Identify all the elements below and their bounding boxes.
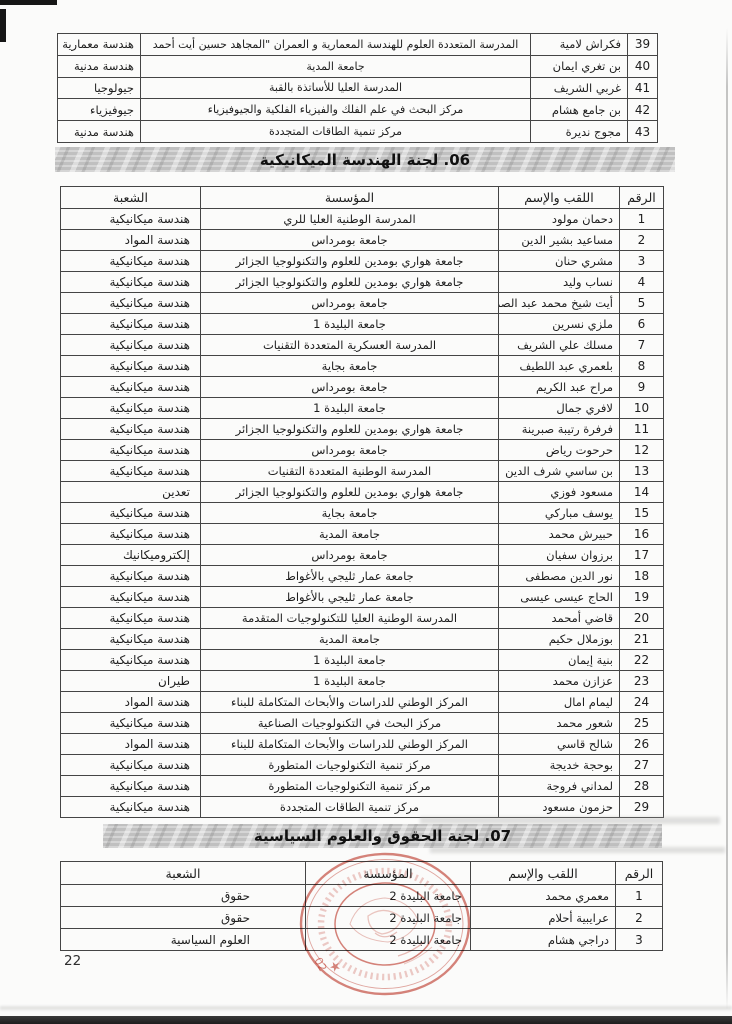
cell-name: حزمون مسعود [499, 797, 620, 818]
cell-specialty: هندسة ميكانيكية [61, 776, 201, 797]
cell-specialty: هندسة ميكانيكية [61, 755, 201, 776]
cell-specialty: حقوق [61, 885, 306, 907]
cell-institution: المدرسة العسكرية المتعددة التقنيات [201, 335, 499, 356]
cell-specialty: هندسة ميكانيكية [61, 797, 201, 818]
table-row: 11 فرفرة رتيبة صبرينة جامعة هواري بومدين… [61, 419, 664, 440]
stamp-star-icon: ★ [327, 958, 344, 977]
cell-number: 17 [620, 545, 664, 566]
cell-institution: جامعة هواري بومدين للعلوم والتكنولوجيا ا… [201, 482, 499, 503]
cell-number: 5 [620, 293, 664, 314]
cell-specialty: هندسة ميكانيكية [61, 440, 201, 461]
header-specialty: الشعبة [61, 862, 306, 885]
scan-smudge [420, 817, 720, 824]
cell-number: 3 [620, 251, 664, 272]
cell-name: يوسف مباركي [499, 503, 620, 524]
cell-specialty: هندسة معمارية [58, 34, 141, 56]
cell-institution: جامعة هواري بومدين للعلوم والتكنولوجيا ا… [201, 251, 499, 272]
cell-institution: جامعة بومرداس [201, 377, 499, 398]
cell-specialty: هندسة ميكانيكية [61, 377, 201, 398]
cell-name: مراح عبد الكريم [499, 377, 620, 398]
table-row: 6 ملزي نسرين جامعة البليدة 1 هندسة ميكان… [61, 314, 664, 335]
cell-name: مسعود فوزي [499, 482, 620, 503]
cell-institution: جامعة عمار ثليجي بالأغواط [201, 566, 499, 587]
cell-institution: مركز البحث في التكنولوجيات الصناعية [201, 713, 499, 734]
cell-name: بن تغري ايمان [531, 55, 628, 77]
cell-specialty: هندسة ميكانيكية [61, 524, 201, 545]
scan-smudge [430, 847, 725, 853]
cell-number: 13 [620, 461, 664, 482]
table-row: 13 بن ساسي شرف الدين المدرسة الوطنية الم… [61, 461, 664, 482]
header-specialty: الشعبة [61, 187, 201, 209]
table-row: 9 مراح عبد الكريم جامعة بومرداس هندسة مي… [61, 377, 664, 398]
cell-institution: المدرسة المتعددة العلوم للهندسة المعماري… [141, 34, 531, 56]
cell-name: مساعيد بشير الدين [499, 230, 620, 251]
cell-name: معمري محمد [471, 885, 616, 907]
table-row: 28 لمداني فروجة مركز تنمية التكنولوجيات … [61, 776, 664, 797]
cell-number: 25 [620, 713, 664, 734]
cell-name: دراجي هشام [471, 929, 616, 951]
cell-name: مجوج نديرة [531, 121, 628, 143]
cell-institution: مركز تنمية التكنولوجيات المتطورة [201, 755, 499, 776]
cell-number: 27 [620, 755, 664, 776]
cell-number: 9 [620, 377, 664, 398]
cell-name: بلعمري عبد اللطيف [499, 356, 620, 377]
cell-specialty: حقوق [61, 907, 306, 929]
cell-number: 39 [628, 34, 658, 56]
section-07-title-band: 07. لجنة الحقوق والعلوم السياسية [103, 824, 662, 848]
cell-number: 3 [616, 929, 663, 951]
header-number: الرقم [620, 187, 664, 209]
table-row: 26 شالح قاسي المركز الوطني للدراسات والأ… [61, 734, 664, 755]
table-row: 8 بلعمري عبد اللطيف جامعة بجاية هندسة مي… [61, 356, 664, 377]
cell-number: 1 [620, 209, 664, 230]
cell-specialty: هندسة المواد [61, 230, 201, 251]
cell-specialty: هندسة المواد [61, 692, 201, 713]
law-political-science-committee-table: الرقم اللقب والإسم المؤسسة الشعبة 1 معمر… [60, 861, 663, 951]
cell-institution: مركز تنمية الطاقات المتجددة [141, 121, 531, 143]
cell-name: أيت شيخ محمد عبد الصمد [499, 293, 620, 314]
scan-bottom-edge [0, 1016, 732, 1024]
table-row: 7 مسلك علي الشريف المدرسة العسكرية المتع… [61, 335, 664, 356]
cell-specialty: هندسة ميكانيكية [61, 335, 201, 356]
header-name: اللقب والإسم [471, 862, 616, 885]
cell-number: 28 [620, 776, 664, 797]
section-06-title-band: 06. لجنة الهندسة الميكانيكية [55, 147, 675, 172]
scan-artifact-top-bar [0, 0, 57, 5]
section-07-title: 07. لجنة الحقوق والعلوم السياسية [254, 827, 511, 845]
cell-institution: جامعة بومرداس [201, 440, 499, 461]
cell-specialty: هندسة ميكانيكية [61, 356, 201, 377]
cell-number: 15 [620, 503, 664, 524]
cell-specialty: هندسة ميكانيكية [61, 566, 201, 587]
table-row: 25 شعور محمد مركز البحث في التكنولوجيات … [61, 713, 664, 734]
cell-institution: مركز تنمية الطاقات المتجددة [201, 797, 499, 818]
cell-institution: المركز الوطني للدراسات والأبحاث المتكامل… [201, 734, 499, 755]
cell-specialty: جيوفيزياء [58, 99, 141, 121]
cell-institution: جامعة بجاية [201, 503, 499, 524]
table-row: 23 عزازن محمد جامعة البليدة 1 طيران [61, 671, 664, 692]
cell-name: بن جامع هشام [531, 99, 628, 121]
cell-name: حرحوت رياض [499, 440, 620, 461]
page-number: 22 [64, 953, 81, 969]
cell-name: لافري جمال [499, 398, 620, 419]
table-row: 16 حبيرش محمد جامعة المدية هندسة ميكانيك… [61, 524, 664, 545]
table-row: 18 نور الدين مصطفى جامعة عمار ثليجي بالأ… [61, 566, 664, 587]
cell-number: 24 [620, 692, 664, 713]
cell-number: 10 [620, 398, 664, 419]
cell-number: 8 [620, 356, 664, 377]
cell-number: 40 [628, 55, 658, 77]
cell-number: 2 [616, 907, 663, 929]
cell-specialty: هندسة المواد [61, 734, 201, 755]
header-institution: المؤسسة [201, 187, 499, 209]
table-row: 1 معمري محمد جامعة البليدة 2 حقوق [61, 885, 663, 907]
cell-institution: المدرسة العليا للأساتذة بالقبة [141, 77, 531, 99]
mechanical-engineering-committee-table: الرقم اللقب والإسم المؤسسة الشعبة 1 دحما… [60, 186, 664, 818]
cell-institution: المركز الوطني للدراسات والأبحاث المتكامل… [201, 692, 499, 713]
table-row: 43 مجوج نديرة مركز تنمية الطاقات المتجدد… [58, 121, 658, 143]
cell-specialty: هندسة ميكانيكية [61, 293, 201, 314]
cell-number: 1 [616, 885, 663, 907]
cell-specialty: هندسة ميكانيكية [61, 587, 201, 608]
cell-number: 4 [620, 272, 664, 293]
cell-name: مسلك علي الشريف [499, 335, 620, 356]
cell-number: 22 [620, 650, 664, 671]
table-row: 2 عرايبية أحلام جامعة البليدة 2 حقوق [61, 907, 663, 929]
cell-institution: جامعة البليدة 1 [201, 671, 499, 692]
cell-institution: المدرسة الوطنية المتعددة التقنيات [201, 461, 499, 482]
cell-specialty: هندسة ميكانيكية [61, 314, 201, 335]
cell-institution: جامعة البليدة 1 [201, 314, 499, 335]
cell-name: نساب وليد [499, 272, 620, 293]
cell-number: 7 [620, 335, 664, 356]
table-row: 29 حزمون مسعود مركز تنمية الطاقات المتجد… [61, 797, 664, 818]
table-row: 1 دحمان مولود المدرسة الوطنية العليا للر… [61, 209, 664, 230]
table-row: 22 بنية إيمان جامعة البليدة 1 هندسة ميكا… [61, 650, 664, 671]
cell-specialty: هندسة ميكانيكية [61, 629, 201, 650]
cell-number: 19 [620, 587, 664, 608]
table-row: 5 أيت شيخ محمد عبد الصمد جامعة بومرداس ه… [61, 293, 664, 314]
scan-bottom-smudge [0, 1006, 732, 1010]
cell-institution: مركز البحث في علم الفلك والفيزياء الفلكي… [141, 99, 531, 121]
cell-specialty: هندسة ميكانيكية [61, 503, 201, 524]
cell-number: 42 [628, 99, 658, 121]
header-institution: المؤسسة [306, 862, 471, 885]
cell-name: عزازن محمد [499, 671, 620, 692]
cell-name: فكراش لامية [531, 34, 628, 56]
cell-specialty: جيولوجيا [58, 77, 141, 99]
cell-institution: جامعة بومرداس [201, 545, 499, 566]
cell-specialty: هندسة ميكانيكية [61, 608, 201, 629]
table-row: 21 بوزملال حكيم جامعة المدية هندسة ميكان… [61, 629, 664, 650]
cell-specialty: هندسة مدنية [58, 55, 141, 77]
table-row: 3 مشري حنان جامعة هواري بومدين للعلوم وا… [61, 251, 664, 272]
cell-number: 12 [620, 440, 664, 461]
cell-specialty: إلكتروميكانيك [61, 545, 201, 566]
cell-institution: جامعة المدية [141, 55, 531, 77]
stamp-number: 02 [311, 955, 329, 973]
cell-institution: جامعة المدية [201, 629, 499, 650]
cell-specialty: هندسة ميكانيكية [61, 650, 201, 671]
cell-name: مشري حنان [499, 251, 620, 272]
cell-institution: جامعة هواري بومدين للعلوم والتكنولوجيا ا… [201, 272, 499, 293]
cell-name: بوحجة خديجة [499, 755, 620, 776]
cell-number: 41 [628, 77, 658, 99]
cell-institution: المدرسة الوطنية العليا للري [201, 209, 499, 230]
cell-specialty: تعدين [61, 482, 201, 503]
table-row: 17 برزوان سفيان جامعة بومرداس إلكتروميكا… [61, 545, 664, 566]
cell-name: بنية إيمان [499, 650, 620, 671]
cell-specialty: طيران [61, 671, 201, 692]
table-row: 4 نساب وليد جامعة هواري بومدين للعلوم وا… [61, 272, 664, 293]
cell-name: شالح قاسي [499, 734, 620, 755]
cell-number: 23 [620, 671, 664, 692]
cell-name: غربي الشريف [531, 77, 628, 99]
table-row: 20 قاضي أمحمد المدرسة الوطنية العليا للت… [61, 608, 664, 629]
cell-number: 2 [620, 230, 664, 251]
table-row: 19 الحاج عيسى عيسى جامعة عمار ثليجي بالأ… [61, 587, 664, 608]
table-row: 24 ليمام امال المركز الوطني للدراسات وال… [61, 692, 664, 713]
cell-number: 21 [620, 629, 664, 650]
table-row: 12 حرحوت رياض جامعة بومرداس هندسة ميكاني… [61, 440, 664, 461]
cell-institution: جامعة البليدة 2 [306, 929, 471, 951]
cell-specialty: هندسة مدنية [58, 121, 141, 143]
cell-name: عرايبية أحلام [471, 907, 616, 929]
cell-specialty: هندسة ميكانيكية [61, 272, 201, 293]
scan-page-edge-line [726, 28, 728, 1010]
cell-number: 11 [620, 419, 664, 440]
cell-institution: جامعة المدية [201, 524, 499, 545]
cell-name: لمداني فروجة [499, 776, 620, 797]
cell-institution: جامعة عمار ثليجي بالأغواط [201, 587, 499, 608]
cell-institution: المدرسة الوطنية العليا للتكنولوجيات المت… [201, 608, 499, 629]
table-row: 41 غربي الشريف المدرسة العليا للأساتذة ب… [58, 77, 658, 99]
cell-number: 18 [620, 566, 664, 587]
cell-institution: جامعة البليدة 2 [306, 885, 471, 907]
cell-name: دحمان مولود [499, 209, 620, 230]
cell-specialty: هندسة ميكانيكية [61, 209, 201, 230]
cell-name: الحاج عيسى عيسى [499, 587, 620, 608]
cell-number: 16 [620, 524, 664, 545]
cell-name: حبيرش محمد [499, 524, 620, 545]
cell-institution: جامعة بومرداس [201, 230, 499, 251]
table-row: 15 يوسف مباركي جامعة بجاية هندسة ميكانيك… [61, 503, 664, 524]
cell-institution: مركز تنمية التكنولوجيات المتطورة [201, 776, 499, 797]
table-row: 40 بن تغري ايمان جامعة المدية هندسة مدني… [58, 55, 658, 77]
cell-institution: جامعة البليدة 1 [201, 398, 499, 419]
cell-name: برزوان سفيان [499, 545, 620, 566]
section-06-title: 06. لجنة الهندسة الميكانيكية [260, 151, 470, 169]
table-row: 10 لافري جمال جامعة البليدة 1 هندسة ميكا… [61, 398, 664, 419]
cell-name: بوزملال حكيم [499, 629, 620, 650]
cell-number: 29 [620, 797, 664, 818]
table-header-row: الرقم اللقب والإسم المؤسسة الشعبة [61, 862, 663, 885]
cell-name: قاضي أمحمد [499, 608, 620, 629]
cell-institution: جامعة بومرداس [201, 293, 499, 314]
table-row: 2 مساعيد بشير الدين جامعة بومرداس هندسة … [61, 230, 664, 251]
cell-specialty: العلوم السياسية [61, 929, 306, 951]
table-row: 39 فكراش لامية المدرسة المتعددة العلوم ل… [58, 34, 658, 56]
table-row: 14 مسعود فوزي جامعة هواري بومدين للعلوم … [61, 482, 664, 503]
cell-specialty: هندسة ميكانيكية [61, 461, 201, 482]
table-row: 27 بوحجة خديجة مركز تنمية التكنولوجيات ا… [61, 755, 664, 776]
cell-institution: جامعة البليدة 1 [201, 650, 499, 671]
header-number: الرقم [616, 862, 663, 885]
cell-specialty: هندسة ميكانيكية [61, 419, 201, 440]
cell-specialty: هندسة ميكانيكية [61, 398, 201, 419]
cell-name: شعور محمد [499, 713, 620, 734]
cell-number: 20 [620, 608, 664, 629]
cell-institution: جامعة هواري بومدين للعلوم والتكنولوجيا ا… [201, 419, 499, 440]
cell-name: بن ساسي شرف الدين [499, 461, 620, 482]
table-row: 3 دراجي هشام جامعة البليدة 2 العلوم السي… [61, 929, 663, 951]
cell-institution: جامعة البليدة 2 [306, 907, 471, 929]
cell-number: 26 [620, 734, 664, 755]
continuation-table: 39 فكراش لامية المدرسة المتعددة العلوم ل… [57, 33, 658, 143]
cell-name: ملزي نسرين [499, 314, 620, 335]
header-name: اللقب والإسم [499, 187, 620, 209]
cell-name: فرفرة رتيبة صبرينة [499, 419, 620, 440]
cell-number: 43 [628, 121, 658, 143]
cell-institution: جامعة بجاية [201, 356, 499, 377]
cell-specialty: هندسة ميكانيكية [61, 251, 201, 272]
cell-specialty: هندسة ميكانيكية [61, 713, 201, 734]
cell-name: نور الدين مصطفى [499, 566, 620, 587]
cell-number: 6 [620, 314, 664, 335]
table-row: 42 بن جامع هشام مركز البحث في علم الفلك … [58, 99, 658, 121]
table-header-row: الرقم اللقب والإسم المؤسسة الشعبة [61, 187, 664, 209]
cell-name: ليمام امال [499, 692, 620, 713]
cell-number: 14 [620, 482, 664, 503]
scan-artifact-left-bar [0, 9, 6, 42]
